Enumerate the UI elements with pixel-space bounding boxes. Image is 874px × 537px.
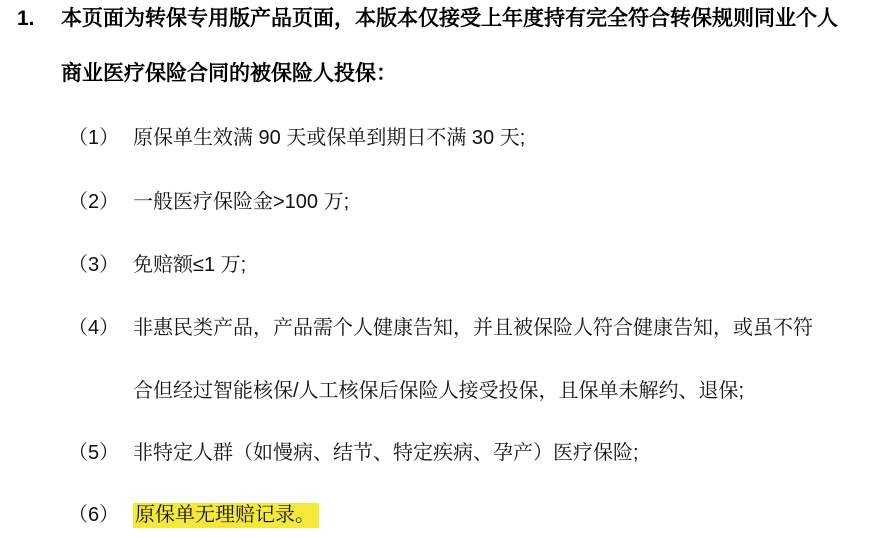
sub-item-1-label: （1） bbox=[68, 125, 119, 151]
sub-item-4-text-line-1: 非惠民类产品，产品需个人健康告知，并且被保险人符合健康告知，或虽不符 bbox=[133, 315, 813, 341]
sub-item-5-text: 非特定人群（如慢病、结节、特定疾病、孕产）医疗保险; bbox=[133, 440, 639, 466]
heading-line-2: 商业医疗保险合同的被保险人投保： bbox=[61, 61, 397, 87]
sub-item-6-text-wrap: 原保单无理赔记录。 bbox=[133, 502, 319, 528]
heading-line-1: 本页面为转保专用版产品页面，本版本仅接受上年度持有完全符合转保规则同业个人 bbox=[61, 6, 838, 32]
document-page: 1. 本页面为转保专用版产品页面，本版本仅接受上年度持有完全符合转保规则同业个人… bbox=[0, 0, 874, 537]
sub-item-5-label: （5） bbox=[68, 440, 119, 466]
sub-item-4-text-line-2: 合但经过智能核保/人工核保后保险人接受投保，且保单未解约、退保; bbox=[133, 378, 744, 404]
sub-item-3-text: 免赔额≤1 万; bbox=[133, 252, 246, 278]
list-number: 1. bbox=[17, 6, 35, 32]
sub-item-3-label: （3） bbox=[68, 252, 119, 278]
sub-item-6-label: （6） bbox=[68, 502, 119, 528]
highlighted-text: 原保单无理赔记录。 bbox=[133, 503, 319, 528]
sub-item-4-label: （4） bbox=[68, 315, 119, 341]
sub-item-2-label: （2） bbox=[68, 189, 119, 215]
sub-item-2-text: 一般医疗保险金>100 万; bbox=[133, 189, 349, 215]
sub-item-1-text: 原保单生效满 90 天或保单到期日不满 30 天; bbox=[133, 125, 525, 151]
